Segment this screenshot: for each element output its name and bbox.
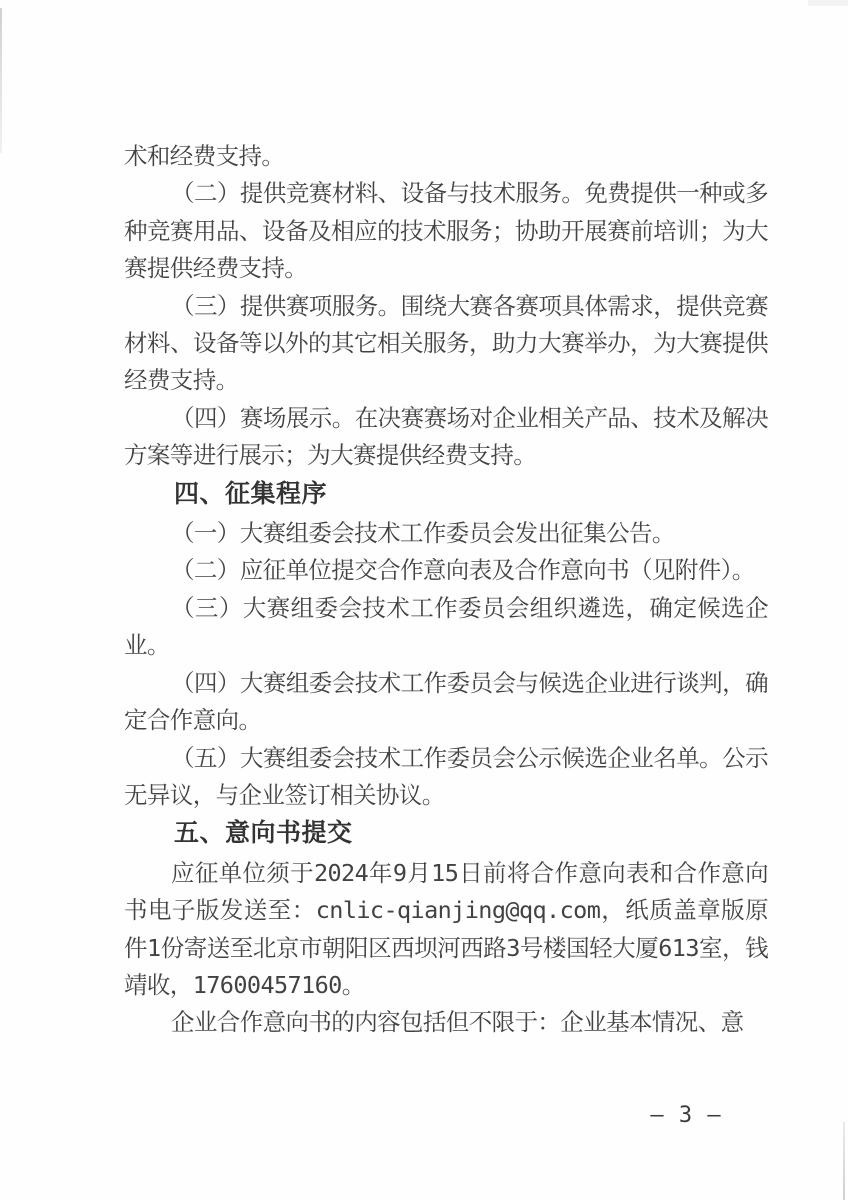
page-number: — 3 — (606, 1103, 766, 1128)
document-paragraph: （四）大赛组委会技术工作委员会与候选企业进行谈判，确定合作意向。 (124, 665, 768, 740)
document-paragraph: 企业合作意向书的内容包括但不限于：企业基本情况、意 (124, 1004, 768, 1041)
document-paragraph: （三）提供赛项服务。围绕大赛各赛项具体需求，提供竞赛材料、设备等以外的其它相关服… (124, 288, 768, 400)
document-paragraph: （二）提供竞赛材料、设备与技术服务。免费提供一种或多种竞赛用品、设备及相应的技术… (124, 175, 768, 287)
scan-edge-artifact-right (843, 1122, 845, 1200)
document-paragraph: （四）赛场展示。在决赛赛场对企业相关产品、技术及解决方案等进行展示；为大赛提供经… (124, 400, 768, 475)
document-paragraph: （五）大赛组委会技术工作委员会公示候选企业名单。公示无异议，与企业签订相关协议。 (124, 740, 768, 815)
document-page: 术和经费支持。（二）提供竞赛材料、设备与技术服务。免费提供一种或多种竞赛用品、设… (0, 0, 848, 1200)
document-paragraph: （二）应征单位提交合作意向表及合作意向书（见附件）。 (124, 552, 768, 589)
section-heading: 五、意向书提交 (124, 815, 768, 852)
document-paragraph: （一）大赛组委会技术工作委员会发出征集公告。 (124, 515, 768, 552)
section-heading: 四、征集程序 (124, 476, 768, 513)
document-paragraph: 应征单位须于2024年9月15日前将合作意向表和合作意向书电子版发送至：cnli… (124, 855, 768, 1005)
scan-edge-artifact-left (0, 8, 2, 153)
document-body: 术和经费支持。（二）提供竞赛材料、设备与技术服务。免费提供一种或多种竞赛用品、设… (124, 138, 768, 1042)
scan-edge-artifact-top-right (808, 0, 848, 6)
document-paragraph: （三）大赛组委会技术工作委员会组织遴选，确定候选企业。 (124, 590, 768, 665)
document-paragraph: 术和经费支持。 (124, 138, 768, 175)
